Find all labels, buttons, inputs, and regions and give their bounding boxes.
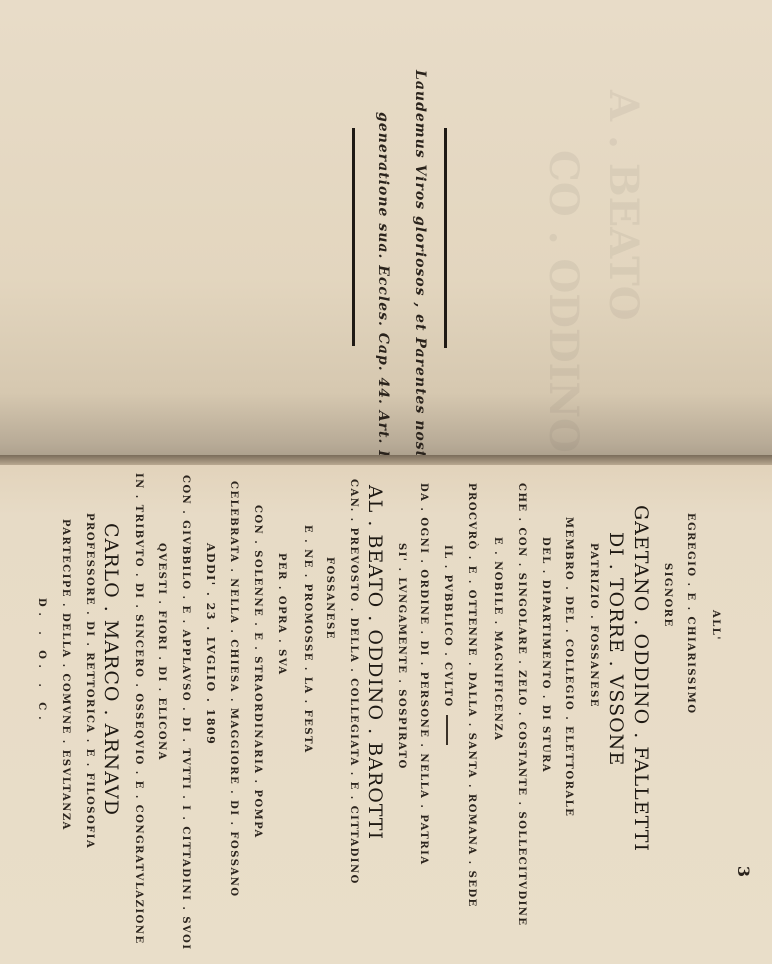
dedication-line: CELEBRATA . NELLA . CHIESA . MAGGIORE . … [228,481,239,898]
epigraph-rule-left [352,128,355,346]
dedication-author: CARLO . MARCO . ARNAVD [100,523,122,816]
page-fold [0,455,772,465]
dedication-line: PATRIZIO . FOSSANESE [588,543,599,708]
dedication-line: PARTECIPE . DELLA . COMVNE . ESVLTANZA [60,519,71,831]
dedication-line: CHE . CON . SINGOLARE . ZELO . COSTANTE … [516,483,527,927]
dedication-line: E . NOBILE . MAGNIFICENZA [492,537,503,741]
bleed-through-text: A . BEATO [600,90,647,321]
bleed-through-text: CO . ODDINO [540,150,587,453]
dedication-line: FOSSANESE [324,557,335,640]
dedication-line: SI' . LVNGAMENTE . SOSPIRATO [396,543,407,770]
dedication-line: QVESTI . FIORI . DI . ELICONA [156,543,167,761]
epigraph-rule-right [444,128,447,348]
dedication-line: PER . OPRA . SVA [276,553,287,676]
dedication-line: ALL' [710,610,721,641]
dedication-line: CON . GIVBBILO . E . APPLAVSO . DI . TVT… [180,475,191,951]
page-number: 3 [734,866,753,877]
facing-page: A . BEATO CO . ODDINO Laudemus Viros glo… [0,0,772,462]
dedication-date: ADDI' . 23 . LVGLIO . 1809 [204,543,217,745]
dedication-line: IL . PVBBLICO . CVLTO [442,545,453,708]
epigraph-line-2: generatione sua. Eccles. Cap. 44. Art. I… [375,112,391,464]
dedication-closing: D. . O. . C. [36,598,47,726]
dedication-name: DI . TORRE . VSSONE [605,532,627,766]
dedication-beneficiary: AL . BEATO . ODDINO . BAROTTI [364,485,386,840]
dedication-line: DA . OGNI . ORDINE . DI . PERSONE . NELL… [418,483,429,866]
dedication-line: E . NE . PROMOSSE . LA . FESTA [302,525,313,754]
dedication-line: SIGNORE [662,563,673,628]
dedication-line: PROCVRÒ . E . OTTENNE . DALLA . SANTA . … [466,483,477,908]
dedication-page: ALL' EGREGIO . E . CHIARISSIMO SIGNORE G… [0,465,772,964]
dedication-line: MEMBRO . DEL . COLLEGIO . ELETTORALE [563,517,574,817]
dedication-line: CAN. . PREVOSTO . DELLA . COLLEGIATA . E… [348,479,359,885]
dedication-line: CON . SOLENNE . E . STRAORDINARIA . POMP… [252,505,263,839]
epigraph-line-1: Laudemus Viros gloriosos , et Parentes n… [412,70,428,509]
dedication-line: PROFESSORE . DI . RETTORICA . E . FILOSO… [84,513,95,849]
dedication-line: DEL . DIPARTIMENTO . DI STURA [540,537,551,773]
dedication-line: IN . TRIBVTO . DI . SINCERO . OSSEQVIO .… [133,473,144,945]
dedication-name: GAETANO . ODDINO . FALLETTI [630,505,652,852]
dedication-line: EGREGIO . E . CHIARISSIMO [685,513,696,715]
decorative-dash [446,715,448,745]
